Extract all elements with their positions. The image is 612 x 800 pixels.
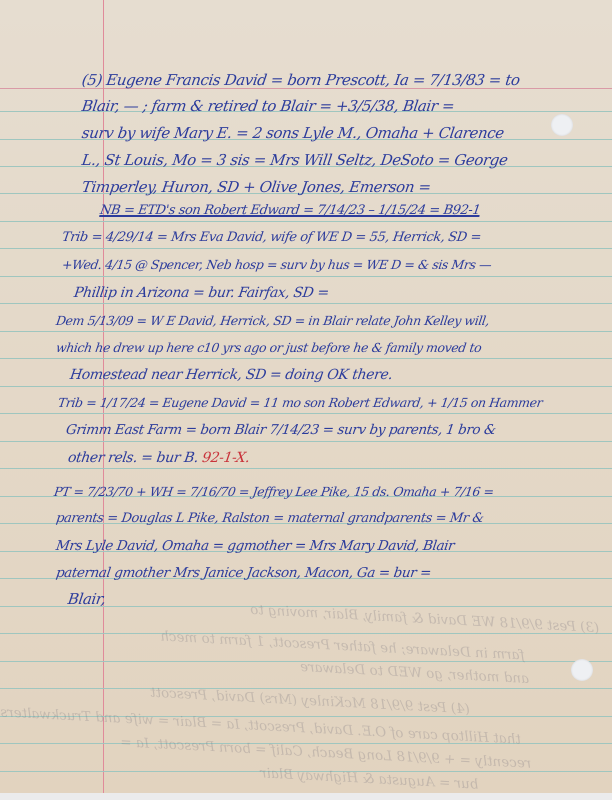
dem-1909-line-2: which he drew up here c10 yrs ago or jus… bbox=[54, 336, 483, 360]
entry-5-nb-note: NB = ETD's son Robert Edward = 7/14/23 –… bbox=[98, 199, 482, 223]
scanner-bed-edge bbox=[0, 793, 612, 800]
pt-1970-line-5: Blair, bbox=[66, 587, 107, 611]
entry-5-line-3: surv by wife Mary E. = 2 sons Lyle M., O… bbox=[80, 121, 505, 145]
pt-1970-line-2: parents = Douglas L Pike, Ralston = mate… bbox=[54, 507, 485, 531]
entry-5-line-1: (5) Eugene Francis David = born Prescott… bbox=[80, 68, 521, 92]
trib-1924-line-3: other rels. = bur B. 92-1-X. bbox=[66, 446, 251, 470]
trib-1924-line-3-text: other rels. = bur B. bbox=[67, 450, 199, 466]
trib-1914-line-1: Trib = 4/29/14 = Mrs Eva David, wife of … bbox=[60, 226, 482, 250]
entry-5-line-4: L., St Louis, Mo = 3 sis = Mrs Will Selt… bbox=[80, 148, 509, 172]
red-burial-annotation: 92-1-X. bbox=[201, 450, 251, 466]
binder-hole-bottom bbox=[571, 659, 593, 681]
notebook-page: (3) Pest 9/9/18 WE David & family, Blair… bbox=[0, 0, 612, 793]
trib-1924-line-2: Grimm East Farm = born Blair 7/14/23 = s… bbox=[64, 418, 497, 442]
dem-1909-line-3: Homestead near Herrick, SD = doing OK th… bbox=[68, 363, 394, 387]
trib-1914-line-3: Phillip in Arizona = bur. Fairfax, SD = bbox=[72, 281, 330, 305]
entry-5-line-5: Timperley, Huron, SD + Olive Jones, Emer… bbox=[80, 175, 432, 199]
pt-1970-line-4: paternal gmother Mrs Janice Jackson, Mac… bbox=[54, 561, 432, 585]
binder-hole-top bbox=[551, 114, 573, 136]
pt-1970-line-3: Mrs Lyle David, Omaha = ggmother = Mrs M… bbox=[54, 534, 456, 558]
trib-1924-line-1: Trib = 1/17/24 = Eugene David = 11 mo so… bbox=[56, 391, 544, 415]
trib-1914-line-2: +Wed. 4/15 @ Spencer, Neb hosp = surv by… bbox=[60, 253, 493, 277]
entry-5-line-2: Blair, — ; farm & retired to Blair = +3/… bbox=[80, 94, 456, 118]
pt-1970-line-1: PT = 7/23/70 + WH = 7/16/70 = Jeffrey Le… bbox=[52, 480, 495, 504]
dem-1909-line-1: Dem 5/13/09 = W E David, Herrick, SD = i… bbox=[54, 309, 491, 333]
